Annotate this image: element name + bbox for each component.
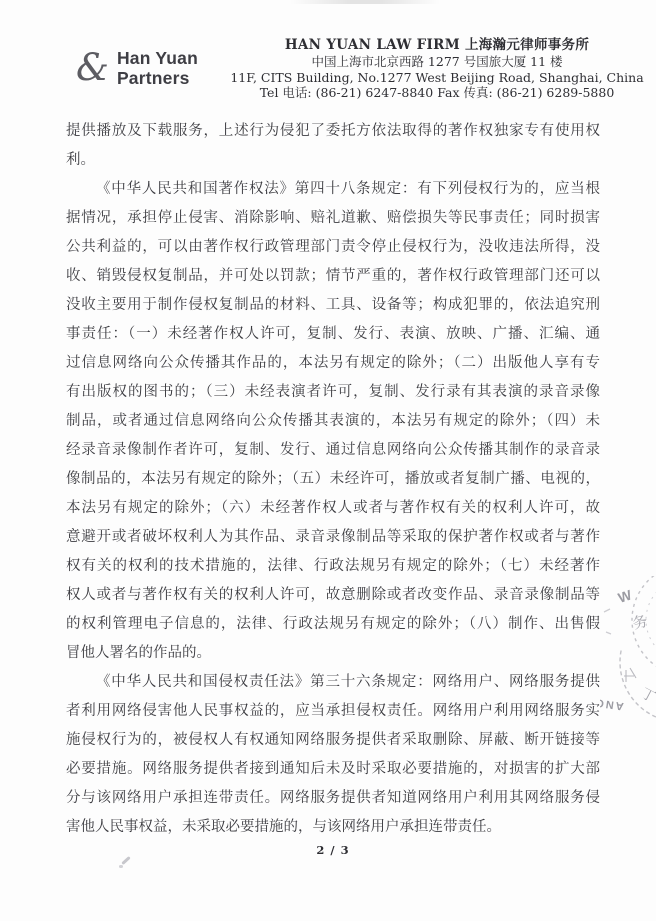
body-line: 收、销毁侵权复制品，并可处以罚款；情节严重的，著作权行政管理部门还可以 <box>66 262 600 291</box>
stamp-letter: W <box>616 586 634 606</box>
stamp-speckle <box>604 609 611 634</box>
body-line: 施侵权行为的，被侵权人有权通知网络服务提供者采取删除、屏蔽、断开链接等 <box>66 726 600 755</box>
scan-artifact-mark <box>119 865 123 868</box>
firm-name-line: HAN YUAN LAW FIRM 上海瀚元律师事务所 <box>217 37 656 53</box>
address-chinese: 中国上海市北京西路 1277 号国旅大厦 11 楼 <box>217 54 656 70</box>
body-line: 《中华人民共和国侵权责任法》第三十六条规定：网络用户、网络服务提供 <box>66 668 600 697</box>
seal-stamp-fragment-lower: 丁 ANG <box>600 648 656 740</box>
body-line: 提供播放及下载服务，上述行为侵犯了委托方依法取得的著作权独家专有使用权 <box>66 117 600 146</box>
body-line: 权有关的权利的技术措施的，法律、行政法规另有规定的除外；（七）未经著作 <box>66 552 600 581</box>
document-body: 提供播放及下载服务，上述行为侵犯了委托方依法取得的著作权独家专有使用权 利。 《… <box>66 117 600 842</box>
body-line: 本法另有规定的除外；（六）未经著作权人或者与著作权有关的权利人许可，故 <box>66 494 600 523</box>
stamp-glyph-fragment <box>624 668 636 682</box>
ampersand-logo-icon: & <box>76 48 109 88</box>
stamp-outer-arc <box>620 648 656 722</box>
tel-fax-line: Tel 电话: (86-21) 6247-8840 Fax 传真: (86-21… <box>217 85 656 101</box>
body-line: 没收主要用于制作侵权复制品的材料、工具、设备等；构成犯罪的，依法追究刑 <box>66 291 600 320</box>
body-line: 事责任：（一）未经著作权人许可，复制、发行、表演、放映、广播、汇编、通 <box>66 320 600 349</box>
letterhead: HAN YUAN LAW FIRM 上海瀚元律师事务所 中国上海市北京西路 12… <box>217 37 656 101</box>
body-line: 冒他人署名的作品的。 <box>66 639 600 668</box>
body-line: 权人或者与著作权有关的权利人许可，故意删除或者改变作品、录音录像制品等 <box>66 581 600 610</box>
body-line: 利。 <box>66 146 600 175</box>
body-line: 经录音录像制作者许可，复制、发行、通过信息网络向公众传播其制作的录音录 <box>66 436 600 465</box>
body-line: 害他人民事权益，未采取必要措施的，与该网络用户承担连带责任。 <box>66 813 600 842</box>
scan-artifact-top-edge <box>290 0 440 4</box>
body-line: 者利用网络侵害他人民事权益的，应当承担侵权责任。网络用户利用网络服务实 <box>66 697 600 726</box>
body-line: 分与该网络用户承担连带责任。网络服务提供者知道网络用户利用其网络服务侵 <box>66 784 600 813</box>
scanned-letter-page: & Han Yuan Partners HAN YUAN LAW FIRM 上海… <box>0 0 656 921</box>
stamp-char: 务 <box>631 612 650 633</box>
firm-logo-name: Han Yuan Partners <box>117 48 198 88</box>
body-line: 像制品的，本法另有规定的除外；（五）未经许可，播放或者复制广播、电视的， <box>66 465 600 494</box>
body-line: 的权利管理电子信息的，法律、行政法规另有规定的除外；（八）制作、出售假 <box>66 610 600 639</box>
body-line: 《中华人民共和国著作权法》第四十八条规定：有下列侵权行为的，应当根 <box>66 175 600 204</box>
body-line: 制品，或者通过信息网络向公众传播其表演的，本法另有规定的除外；（四）未 <box>66 407 600 436</box>
firm-logo: & Han Yuan Partners <box>76 48 198 88</box>
address-english: 11F, CITS Building, No.1277 West Beijing… <box>217 70 656 86</box>
firm-logo-name-line1: Han Yuan <box>117 48 198 68</box>
body-line: 据情况，承担停止侵害、消除影响、赔礼道歉、赔偿损失等民事责任；同时损害 <box>66 204 600 233</box>
stamp-arc-text: ANG <box>600 696 624 712</box>
scan-artifact-mark <box>121 856 130 865</box>
body-line: 意避开或者破坏权利人为其作品、录音录像制品等采取的保护著作权或者与著作 <box>66 523 600 552</box>
body-line: 公共利益的，可以由著作权行政管理部门责令停止侵权行为，没收违法所得，没 <box>66 233 600 262</box>
firm-logo-name-line2: Partners <box>117 68 198 88</box>
body-line: 过信息网络向公众传播其作品的，本法另有规定的除外；（二）出版他人享有专 <box>66 349 600 378</box>
body-line: 有出版权的图书的；（三）未经表演者许可，复制、发行录有其表演的录音录像 <box>66 378 600 407</box>
body-line: 必要措施。网络服务提供者接到通知后未及时采取必要措施的，对损害的扩大部 <box>66 755 600 784</box>
stamp-char: 丁 <box>638 685 656 706</box>
page-number: 2 / 3 <box>66 843 600 857</box>
